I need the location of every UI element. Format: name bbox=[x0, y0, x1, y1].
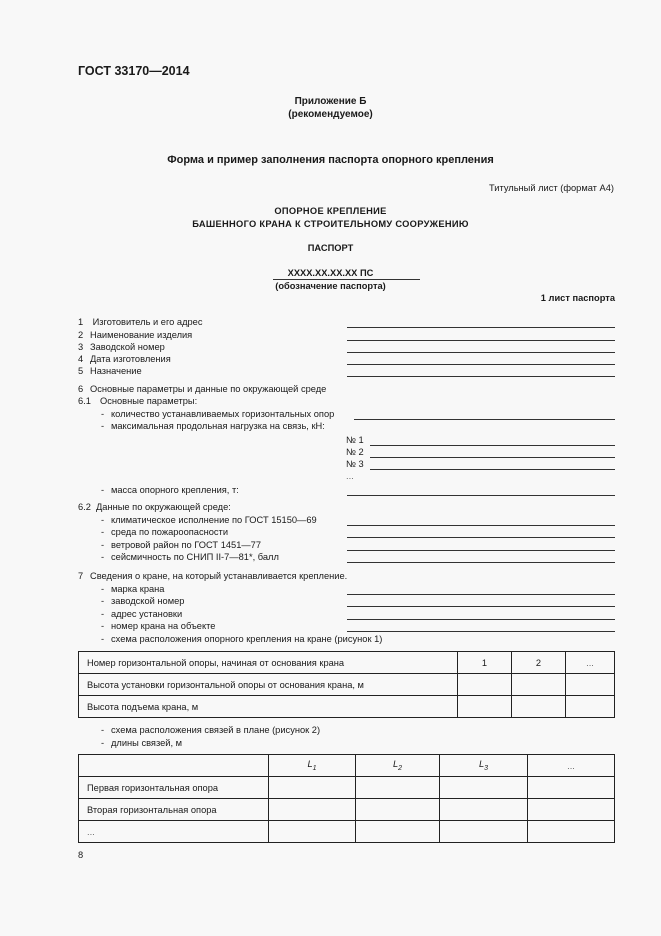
item-2: 2Наименование изделия bbox=[78, 330, 192, 340]
table-cell[interactable] bbox=[566, 674, 615, 696]
table-row: Высота подъема крана, м bbox=[79, 696, 615, 718]
item-1: 1 Изготовитель и его адрес bbox=[78, 317, 203, 327]
passport-code-caption: (обозначение паспорта) bbox=[0, 281, 661, 291]
table-cell[interactable] bbox=[440, 821, 528, 843]
table-cell: Вторая горизонтальная опора bbox=[79, 799, 269, 821]
table-cell[interactable] bbox=[458, 674, 512, 696]
sheet-count: 1 лист паспорта bbox=[541, 293, 615, 303]
table-header-cell: ... bbox=[528, 755, 615, 777]
table-cell[interactable] bbox=[440, 777, 528, 799]
bullet-fire: -среда по пожароопасности bbox=[101, 527, 228, 537]
table-row: Номер горизонтальной опоры, начиная от о… bbox=[79, 652, 615, 674]
bullet-mass: -масса опорного крепления, т: bbox=[101, 485, 239, 495]
crane-site-number-field[interactable] bbox=[347, 631, 615, 632]
section-6-1-title: 6.1Основные параметры: bbox=[78, 396, 197, 406]
load-1-label: № 1 bbox=[346, 435, 364, 445]
table-cell[interactable] bbox=[528, 777, 615, 799]
bullet-support-scheme: -схема расположения опорного крепления н… bbox=[101, 634, 382, 644]
table-cell[interactable] bbox=[269, 821, 356, 843]
link-lengths-table: L1 L2 L3 ... Первая горизонтальная опора… bbox=[78, 754, 615, 843]
appendix-subtitle: (рекомендуемое) bbox=[0, 109, 661, 120]
table-cell[interactable] bbox=[356, 799, 440, 821]
table-header-cell: L3 bbox=[440, 755, 528, 777]
table-cell[interactable] bbox=[512, 696, 566, 718]
standard-number: ГОСТ 33170—2014 bbox=[78, 64, 190, 78]
table-cell[interactable] bbox=[269, 799, 356, 821]
table-cell[interactable] bbox=[269, 777, 356, 799]
item-4: 4Дата изготовления bbox=[78, 354, 171, 364]
bullet-crane-site-number: -номер крана на объекте bbox=[101, 621, 215, 631]
item-5-field[interactable] bbox=[347, 376, 615, 377]
table-cell: ... bbox=[79, 821, 269, 843]
item-4-field[interactable] bbox=[347, 364, 615, 365]
load-ellipsis: ... bbox=[346, 471, 354, 481]
table-cell[interactable] bbox=[458, 696, 512, 718]
table-cell: 1 bbox=[458, 652, 512, 674]
table-header-cell: L1 bbox=[269, 755, 356, 777]
load-3-field[interactable] bbox=[370, 469, 615, 470]
item-2-field[interactable] bbox=[347, 340, 615, 341]
bullet-install-address: -адрес установки bbox=[101, 609, 182, 619]
table-cell: 2 bbox=[512, 652, 566, 674]
wind-field[interactable] bbox=[347, 550, 615, 551]
seismic-field[interactable] bbox=[347, 562, 615, 563]
doc-title-line2: БАШЕННОГО КРАНА К СТРОИТЕЛЬНОМУ СООРУЖЕН… bbox=[0, 219, 661, 229]
bullet-climate: -климатическое исполнение по ГОСТ 15150—… bbox=[101, 515, 317, 525]
bullet-wind: -ветровой район по ГОСТ 1451—77 bbox=[101, 540, 261, 550]
crane-brand-field[interactable] bbox=[347, 594, 615, 595]
item-5: 5Назначение bbox=[78, 366, 142, 376]
table-cell: Высота установки горизонтальной опоры от… bbox=[79, 674, 458, 696]
crane-serial-field[interactable] bbox=[347, 606, 615, 607]
table-cell[interactable] bbox=[528, 799, 615, 821]
table-cell: Высота подъема крана, м bbox=[79, 696, 458, 718]
table-cell[interactable] bbox=[440, 799, 528, 821]
table-cell[interactable] bbox=[512, 674, 566, 696]
table-cell[interactable] bbox=[356, 821, 440, 843]
passport-code-underline bbox=[273, 279, 420, 280]
table-header-cell: L2 bbox=[356, 755, 440, 777]
passport-code: XXXX.XX.XX.XX ПС bbox=[0, 268, 661, 278]
table-cell: ... bbox=[566, 652, 615, 674]
load-3-label: № 3 bbox=[346, 459, 364, 469]
section-6-2-title: 6.2Данные по окружающей среде: bbox=[78, 502, 231, 512]
table-row: Первая горизонтальная опора bbox=[79, 777, 615, 799]
sheet-note: Титульный лист (формат А4) bbox=[489, 183, 614, 193]
section-7-title: 7Сведения о кране, на который устанавлив… bbox=[78, 571, 347, 581]
appendix-title: Приложение Б bbox=[0, 96, 661, 107]
table-row: Высота установки горизонтальной опоры от… bbox=[79, 674, 615, 696]
mass-field[interactable] bbox=[347, 495, 615, 496]
climate-field[interactable] bbox=[347, 525, 615, 526]
item-1-field[interactable] bbox=[347, 327, 615, 328]
doc-title-line1: ОПОРНОЕ КРЕПЛЕНИЕ bbox=[0, 206, 661, 216]
table-cell: Номер горизонтальной опоры, начиная от о… bbox=[79, 652, 458, 674]
bullet-supports-count: -количество устанавливаемых горизонтальн… bbox=[101, 409, 334, 419]
load-2-label: № 2 bbox=[346, 447, 364, 457]
table-cell[interactable] bbox=[528, 821, 615, 843]
fire-field[interactable] bbox=[347, 537, 615, 538]
table-header-cell bbox=[79, 755, 269, 777]
table-row: Вторая горизонтальная опора bbox=[79, 799, 615, 821]
supports-count-field[interactable] bbox=[354, 419, 615, 420]
bullet-links-lengths: -длины связей, м bbox=[101, 738, 182, 748]
bullet-links-scheme: -схема расположения связей в плане (рису… bbox=[101, 725, 320, 735]
table-cell: Первая горизонтальная опора bbox=[79, 777, 269, 799]
support-heights-table: Номер горизонтальной опоры, начиная от о… bbox=[78, 651, 615, 718]
page-number: 8 bbox=[78, 850, 83, 860]
load-1-field[interactable] bbox=[370, 445, 615, 446]
item-3: 3Заводской номер bbox=[78, 342, 165, 352]
bullet-crane-brand: -марка крана bbox=[101, 584, 164, 594]
section-6-title: 6Основные параметры и данные по окружающ… bbox=[78, 384, 326, 394]
table-cell[interactable] bbox=[356, 777, 440, 799]
table-row: ... bbox=[79, 821, 615, 843]
install-address-field[interactable] bbox=[347, 619, 615, 620]
passport-label: ПАСПОРТ bbox=[0, 243, 661, 253]
bullet-crane-serial: -заводской номер bbox=[101, 596, 184, 606]
form-title: Форма и пример заполнения паспорта опорн… bbox=[0, 154, 661, 166]
table-cell[interactable] bbox=[566, 696, 615, 718]
bullet-max-load: -максимальная продольная нагрузка на свя… bbox=[101, 421, 325, 431]
item-3-field[interactable] bbox=[347, 352, 615, 353]
table-row: L1 L2 L3 ... bbox=[79, 755, 615, 777]
bullet-seismic: -сейсмичность по СНИП II-7—81*, балл bbox=[101, 552, 279, 562]
load-2-field[interactable] bbox=[370, 457, 615, 458]
